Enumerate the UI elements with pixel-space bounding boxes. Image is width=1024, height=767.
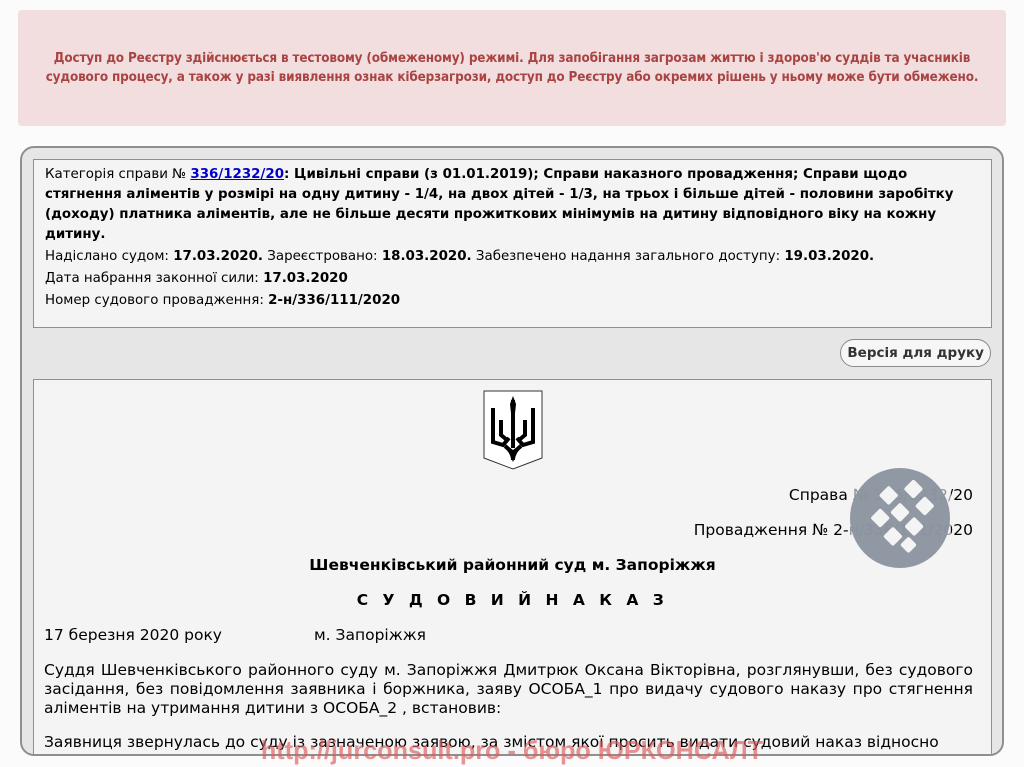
paragraph-1: Суддя Шевченківського районного суду м. … <box>44 661 973 718</box>
effective-date: 17.03.2020 <box>263 271 348 286</box>
footer-watermark: http://jurconsult.pro - бюро ЮРКОНСАЛТ <box>15 735 1008 766</box>
puzzle-globe-watermark-icon <box>849 467 951 569</box>
case-category: Категорія справи № 336/1232/20: Цивільні… <box>45 165 980 245</box>
case-info-panel: Категорія справи № 336/1232/20: Цивільні… <box>33 159 992 328</box>
access-warning-alert: Доступ до Реєстру здійснюється в тестово… <box>18 10 1006 126</box>
sent-date: 17.03.2020. <box>173 249 263 264</box>
registered-date: 18.03.2020. <box>382 249 472 264</box>
proceeding-number: 2-н/336/111/2020 <box>268 293 400 308</box>
case-number-link[interactable]: 336/1232/20 <box>190 167 284 182</box>
alert-text: Доступ до Реєстру здійснюється в тестово… <box>34 49 990 87</box>
public-access-date: 19.03.2020. <box>784 249 874 264</box>
decision-container: Категорія справи № 336/1232/20: Цивільні… <box>20 146 1004 756</box>
ukraine-coat-of-arms-icon <box>483 390 543 470</box>
document-title: С У Д О В И Й Н А К А З <box>34 591 991 609</box>
effective-date-row: Дата набрання законної сили: 17.03.2020 <box>45 269 980 289</box>
decision-city: м. Запоріжжя <box>314 626 426 644</box>
decision-date: 17 березня 2020 року <box>44 626 222 644</box>
print-version-button[interactable]: Версія для друку <box>840 339 991 367</box>
date-city-line: 17 березня 2020 рокум. Запоріжжя <box>44 626 426 644</box>
proceeding-number-row: Номер судового провадження: 2-н/336/111/… <box>45 291 980 311</box>
case-dates: Надіслано судом: 17.03.2020. Зареєстрова… <box>45 247 980 267</box>
court-name: Шевченківський районний суд м. Запоріжжя <box>34 556 991 574</box>
